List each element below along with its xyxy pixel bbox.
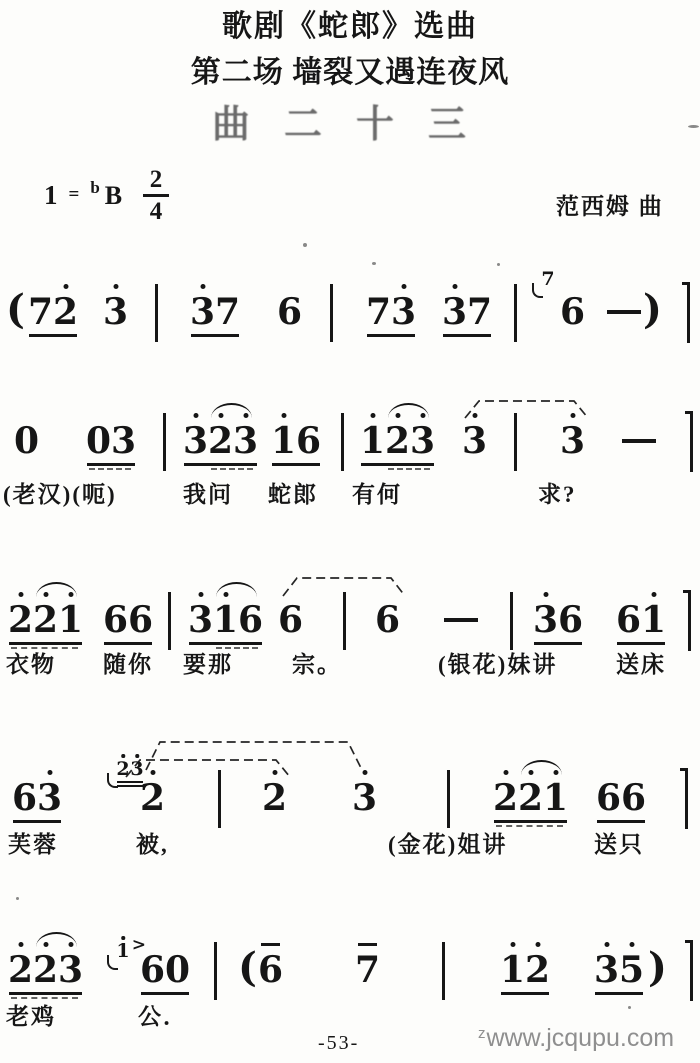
note-cell: 6 bbox=[277, 294, 302, 330]
octave-dot bbox=[113, 284, 118, 289]
note-cell: 2 bbox=[262, 780, 287, 816]
octave-dot bbox=[362, 770, 367, 775]
note-digit: 1 bbox=[500, 952, 525, 988]
note-group: 73 bbox=[366, 294, 416, 330]
note-cell: 6 bbox=[258, 952, 283, 988]
parenthesis: ( bbox=[6, 287, 25, 333]
note-digit: 2 bbox=[208, 423, 233, 459]
note-cell: 7 bbox=[355, 952, 380, 988]
print-speck bbox=[688, 125, 699, 128]
note-cell: 7 bbox=[541, 270, 555, 289]
note-group: 6 bbox=[375, 602, 400, 638]
note-cell: 5 bbox=[619, 952, 644, 988]
note-digit: 6 bbox=[296, 423, 321, 459]
grace-note-group: 7 bbox=[541, 270, 555, 289]
grace-hook bbox=[107, 773, 118, 788]
barline bbox=[218, 770, 221, 828]
note-cell: 3 bbox=[103, 294, 128, 330]
note-digit: 1 bbox=[58, 602, 83, 638]
note-cell: 6 bbox=[296, 423, 321, 459]
digit-row: 66 bbox=[103, 602, 153, 638]
note-group: 16 bbox=[271, 423, 321, 459]
note-digit: 7 bbox=[28, 294, 53, 330]
note-cell: 2 bbox=[518, 780, 543, 816]
note-cell: 0 bbox=[165, 952, 190, 988]
octave-dot bbox=[121, 936, 125, 940]
note-digit: 6 bbox=[238, 602, 263, 638]
note-digit: 7 bbox=[355, 952, 380, 988]
digit-row: 221 bbox=[493, 780, 568, 816]
beam-underline-partial bbox=[496, 825, 563, 827]
note-group: 316 bbox=[188, 602, 263, 638]
note-digit: 0 bbox=[14, 423, 39, 459]
digit-row: 123 bbox=[360, 423, 435, 459]
note-cell: 3 bbox=[560, 423, 585, 459]
beam-underline bbox=[87, 463, 135, 466]
digit-row: 316 bbox=[188, 602, 263, 638]
note-cell: 3 bbox=[391, 294, 416, 330]
note-cell: 2 bbox=[33, 602, 58, 638]
digit-row: 61 bbox=[616, 602, 666, 638]
digit-row: 323 bbox=[183, 423, 258, 459]
note-cell: 6 bbox=[128, 602, 153, 638]
beam-underline bbox=[9, 642, 82, 645]
print-speck bbox=[497, 263, 500, 266]
note-group: 03 bbox=[86, 423, 136, 459]
lyric-word: 老鸡 bbox=[6, 1004, 56, 1030]
note-group: 36 bbox=[533, 602, 583, 638]
note-cell: 1 bbox=[360, 423, 385, 459]
grace-note-group: 1> bbox=[116, 942, 130, 961]
note-cell: 3 bbox=[352, 780, 377, 816]
octave-dot bbox=[370, 413, 375, 418]
slur-arc bbox=[36, 932, 77, 947]
note-group: 2 bbox=[262, 780, 287, 816]
note-group: 60 bbox=[140, 952, 190, 988]
note-digit: 7 bbox=[541, 270, 555, 289]
note-digit: 3 bbox=[188, 602, 213, 638]
note-cell: 1 bbox=[500, 952, 525, 988]
octave-dot bbox=[651, 592, 656, 597]
note-digit: 2 bbox=[525, 952, 550, 988]
note-digit: 7 bbox=[366, 294, 391, 330]
note-group: 66 bbox=[103, 602, 153, 638]
barline bbox=[514, 284, 517, 342]
digit-row: 7 bbox=[541, 270, 555, 289]
note-digit: 1 bbox=[543, 780, 568, 816]
digit-row: 73 bbox=[366, 294, 416, 330]
lyric-word: 衣物 bbox=[6, 652, 56, 678]
barline bbox=[688, 590, 691, 651]
note-digit: 1 bbox=[360, 423, 385, 459]
note-digit: 3 bbox=[233, 423, 258, 459]
watermark: zwww.jcqupu.com bbox=[478, 1024, 674, 1053]
note-cell: 2 bbox=[116, 760, 130, 779]
lyric-word: 蛇郎 bbox=[268, 482, 318, 508]
note-cell: 3 bbox=[462, 423, 487, 459]
tie-arc-layer bbox=[0, 730, 700, 780]
parenthesis: ( bbox=[238, 945, 257, 991]
grace-hook bbox=[107, 955, 118, 970]
note-digit: 1 bbox=[271, 423, 296, 459]
tie-arc-layer bbox=[0, 552, 700, 602]
note-digit: 2 bbox=[140, 780, 165, 816]
note-digit: 3 bbox=[352, 780, 377, 816]
note-cell: 1 bbox=[271, 423, 296, 459]
barline bbox=[330, 284, 333, 342]
barline bbox=[341, 413, 344, 471]
note-digit: 2 bbox=[116, 760, 130, 779]
note-cell: 2 bbox=[140, 780, 165, 816]
octave-dot bbox=[193, 413, 198, 418]
octave-dot bbox=[281, 413, 286, 418]
note-digit: 3 bbox=[37, 780, 62, 816]
parenthesis: ) bbox=[648, 945, 667, 991]
barline bbox=[690, 940, 693, 1001]
octave-dot bbox=[121, 754, 125, 758]
note-cell: 0 bbox=[14, 423, 39, 459]
beam-underline bbox=[597, 820, 645, 823]
notation-area: (723376733776)0033231612333(老汉)(呃)我问蛇郎有何… bbox=[0, 0, 700, 1063]
octave-dot bbox=[543, 592, 548, 597]
note-cell: 6 bbox=[560, 294, 585, 330]
note-cell: 2 bbox=[53, 294, 78, 330]
digit-row: 16 bbox=[271, 423, 321, 459]
note-cell: 6 bbox=[616, 602, 641, 638]
beam-underline bbox=[361, 463, 434, 466]
note-group: 221 bbox=[493, 780, 568, 816]
note-group: 6 bbox=[258, 952, 283, 988]
octave-dot bbox=[535, 942, 540, 947]
beam-underline bbox=[13, 820, 61, 823]
note-group: 3 bbox=[560, 423, 585, 459]
note-digit: 6 bbox=[103, 602, 128, 638]
note-digit: 2 bbox=[518, 780, 543, 816]
barline bbox=[514, 413, 517, 471]
note-digit: 1 bbox=[641, 602, 666, 638]
digit-row: 3 bbox=[462, 423, 487, 459]
lyric-word: (银花)妹讲 bbox=[438, 652, 557, 678]
note-digit: 7 bbox=[467, 294, 492, 330]
note-cell: 0 bbox=[86, 423, 111, 459]
octave-dot bbox=[629, 942, 634, 947]
note-digit: 3 bbox=[442, 294, 467, 330]
lyric-word: 宗。 bbox=[292, 652, 342, 678]
note-cell: 2 bbox=[525, 952, 550, 988]
note-digit: 3 bbox=[560, 423, 585, 459]
digit-row: 37 bbox=[442, 294, 492, 330]
lyric-word: 有何 bbox=[352, 482, 402, 508]
lyric-word: 随你 bbox=[103, 652, 153, 678]
note-cell: 3 bbox=[233, 423, 258, 459]
note-digit: 6 bbox=[278, 602, 303, 638]
note-digit: 6 bbox=[128, 602, 153, 638]
note-cell: 2 bbox=[33, 952, 58, 988]
octave-dot bbox=[472, 413, 477, 418]
note-digit: 3 bbox=[103, 294, 128, 330]
beam-underline bbox=[494, 820, 567, 823]
note-cell: 6 bbox=[278, 602, 303, 638]
lyric-word: 芙蓉 bbox=[8, 832, 58, 858]
duration-dash bbox=[444, 618, 478, 622]
note-digit: 3 bbox=[183, 423, 208, 459]
duration-dash bbox=[622, 439, 656, 443]
barline bbox=[214, 942, 217, 1000]
note-group: 37 bbox=[190, 294, 240, 330]
note-digit: 0 bbox=[165, 952, 190, 988]
note-digit: 7 bbox=[215, 294, 240, 330]
note-group: 221 bbox=[8, 602, 83, 638]
digit-row: 72 bbox=[28, 294, 78, 330]
barline bbox=[163, 413, 166, 471]
note-group: 6 bbox=[277, 294, 302, 330]
note-cell: 7 bbox=[467, 294, 492, 330]
barline bbox=[447, 770, 450, 828]
note-digit: 3 bbox=[533, 602, 558, 638]
tie-arc-layer bbox=[0, 373, 700, 423]
tie-arc bbox=[146, 742, 362, 770]
note-cell: 3 bbox=[183, 423, 208, 459]
beam-underline bbox=[184, 463, 257, 466]
note-digit: 5 bbox=[619, 952, 644, 988]
lyric-word: 送只 bbox=[594, 832, 644, 858]
digit-row: 6 bbox=[560, 294, 585, 330]
barline bbox=[442, 942, 445, 1000]
barline bbox=[687, 282, 690, 343]
note-cell: 3 bbox=[190, 294, 215, 330]
note-cell: 3 bbox=[533, 602, 558, 638]
note-cell: 1 bbox=[58, 602, 83, 638]
octave-overline bbox=[358, 943, 377, 946]
digit-row: 1 bbox=[116, 942, 130, 961]
note-cell: 1 bbox=[116, 942, 130, 961]
beam-underline-partial bbox=[11, 997, 78, 999]
beam-underline-partial bbox=[388, 468, 430, 470]
note-cell: 2 bbox=[8, 602, 33, 638]
digit-row: 3 bbox=[103, 294, 128, 330]
note-digit: 3 bbox=[58, 952, 83, 988]
beam-underline-partial bbox=[211, 468, 253, 470]
note-digit: 6 bbox=[140, 952, 165, 988]
note-group: 2 bbox=[140, 780, 165, 816]
octave-dot bbox=[510, 942, 515, 947]
barline bbox=[343, 592, 346, 650]
digit-row: 223 bbox=[8, 952, 83, 988]
note-cell: 3 bbox=[111, 423, 136, 459]
note-cell: 6 bbox=[596, 780, 621, 816]
note-cell: 6 bbox=[238, 602, 263, 638]
note-digit: 6 bbox=[12, 780, 37, 816]
octave-overline bbox=[261, 943, 280, 946]
note-digit: 2 bbox=[8, 602, 33, 638]
note-cell: 6 bbox=[558, 602, 583, 638]
octave-dot bbox=[18, 942, 23, 947]
note-digit: 2 bbox=[385, 423, 410, 459]
beam-underline bbox=[191, 334, 239, 337]
note-digit: 2 bbox=[262, 780, 287, 816]
beam-underline bbox=[367, 334, 415, 337]
note-digit: 6 bbox=[616, 602, 641, 638]
note-group: 63 bbox=[12, 780, 62, 816]
octave-dot bbox=[198, 592, 203, 597]
digit-row: 6 bbox=[258, 952, 283, 988]
note-digit: 3 bbox=[391, 294, 416, 330]
note-cell: 6 bbox=[621, 780, 646, 816]
digit-row: 63 bbox=[12, 780, 62, 816]
print-speck bbox=[303, 243, 307, 247]
beam-underline-partial bbox=[11, 647, 78, 649]
beam-underline-partial bbox=[89, 468, 131, 470]
barline bbox=[510, 592, 513, 650]
barline bbox=[690, 411, 693, 472]
note-cell: 2 bbox=[8, 952, 33, 988]
note-group: 3 bbox=[352, 780, 377, 816]
note-group: 12 bbox=[500, 952, 550, 988]
note-group: 61 bbox=[616, 602, 666, 638]
note-cell: 6 bbox=[12, 780, 37, 816]
beam-underline bbox=[9, 992, 82, 995]
octave-dot bbox=[18, 592, 23, 597]
note-digit: 3 bbox=[594, 952, 619, 988]
note-group: 37 bbox=[442, 294, 492, 330]
octave-dot bbox=[135, 754, 139, 758]
note-cell: 2 bbox=[493, 780, 518, 816]
note-digit: 3 bbox=[111, 423, 136, 459]
note-group: 72 bbox=[28, 294, 78, 330]
octave-dot bbox=[150, 770, 155, 775]
note-digit: 2 bbox=[33, 602, 58, 638]
note-digit: 3 bbox=[462, 423, 487, 459]
lyric-word: 公． bbox=[138, 1004, 188, 1030]
beam-underline bbox=[272, 463, 320, 466]
note-digit: 6 bbox=[375, 602, 400, 638]
digit-row: 2 bbox=[140, 780, 165, 816]
note-cell: 3 bbox=[58, 952, 83, 988]
note-digit: 2 bbox=[8, 952, 33, 988]
beam-underline bbox=[617, 642, 665, 645]
barline bbox=[155, 284, 158, 342]
digit-row: 66 bbox=[596, 780, 646, 816]
beam-underline bbox=[501, 992, 549, 995]
watermark-url: www.jcqupu.com bbox=[487, 1024, 675, 1052]
note-cell: 2 bbox=[208, 423, 233, 459]
note-group: 6 bbox=[278, 602, 303, 638]
note-cell: 3 bbox=[410, 423, 435, 459]
note-digit: 6 bbox=[621, 780, 646, 816]
digit-row: 7 bbox=[355, 952, 380, 988]
score-page: { "page": { "title": "歌剧《蛇郎》选曲", "subtit… bbox=[0, 0, 700, 1063]
note-cell: 1 bbox=[543, 780, 568, 816]
digit-row: 03 bbox=[86, 423, 136, 459]
note-digit: 6 bbox=[277, 294, 302, 330]
octave-dot bbox=[47, 770, 52, 775]
note-digit: 3 bbox=[190, 294, 215, 330]
lyric-word: 求? bbox=[538, 482, 577, 508]
note-digit: 3 bbox=[410, 423, 435, 459]
note-cell: 6 bbox=[140, 952, 165, 988]
note-cell: 1 bbox=[641, 602, 666, 638]
note-digit: 2 bbox=[53, 294, 78, 330]
octave-dot bbox=[200, 284, 205, 289]
note-cell: 3 bbox=[188, 602, 213, 638]
note-cell: 1 bbox=[213, 602, 238, 638]
lyric-word: 被, bbox=[136, 832, 169, 858]
beam-underline bbox=[189, 642, 262, 645]
octave-dot bbox=[401, 284, 406, 289]
digit-row: 35 bbox=[594, 952, 644, 988]
lyric-word: 送床 bbox=[616, 652, 666, 678]
octave-dot bbox=[604, 942, 609, 947]
note-group: 6 bbox=[560, 294, 585, 330]
note-group: 223 bbox=[8, 952, 83, 988]
note-digit: 2 bbox=[33, 952, 58, 988]
octave-dot bbox=[570, 413, 575, 418]
note-cell: 3 bbox=[442, 294, 467, 330]
print-speck bbox=[628, 1006, 631, 1009]
octave-dot bbox=[272, 770, 277, 775]
digit-row: 3 bbox=[560, 423, 585, 459]
note-digit: 6 bbox=[560, 294, 585, 330]
note-digit: 6 bbox=[596, 780, 621, 816]
note-digit: 1 bbox=[213, 602, 238, 638]
note-digit: 0 bbox=[86, 423, 111, 459]
note-cell: 7 bbox=[366, 294, 391, 330]
note-digit: 6 bbox=[258, 952, 283, 988]
digit-row: 12 bbox=[500, 952, 550, 988]
duration-dash bbox=[607, 310, 641, 314]
barline bbox=[168, 592, 171, 650]
note-cell: 6 bbox=[103, 602, 128, 638]
grace-hook bbox=[532, 283, 543, 298]
note-group: 3 bbox=[462, 423, 487, 459]
octave-dot bbox=[63, 284, 68, 289]
note-group: 35 bbox=[594, 952, 644, 988]
beam-underline bbox=[443, 334, 491, 337]
beam-underline bbox=[595, 992, 643, 995]
digit-row: 6 bbox=[277, 294, 302, 330]
note-group: 0 bbox=[14, 423, 39, 459]
digit-row: 6 bbox=[278, 602, 303, 638]
digit-row: 2 bbox=[262, 780, 287, 816]
octave-dot bbox=[452, 284, 457, 289]
lyric-word: 要那 bbox=[183, 652, 233, 678]
note-group: 123 bbox=[360, 423, 435, 459]
digit-row: 3 bbox=[352, 780, 377, 816]
page-number: -53- bbox=[318, 1032, 359, 1055]
note-cell: 6 bbox=[375, 602, 400, 638]
lyric-word: (老汉)(呃) bbox=[3, 482, 117, 508]
note-cell: 3 bbox=[37, 780, 62, 816]
beam-underline bbox=[141, 992, 189, 995]
digit-row: 36 bbox=[533, 602, 583, 638]
digit-row: 221 bbox=[8, 602, 83, 638]
parenthesis: ) bbox=[643, 287, 662, 333]
digit-row: 0 bbox=[14, 423, 39, 459]
note-digit: 1 bbox=[116, 942, 130, 961]
beam-underline bbox=[104, 642, 152, 645]
note-digit: 6 bbox=[558, 602, 583, 638]
beam-underline-partial bbox=[216, 647, 258, 649]
beam-underline bbox=[29, 334, 77, 337]
barline bbox=[685, 768, 688, 829]
note-group: 3 bbox=[103, 294, 128, 330]
octave-dot bbox=[503, 770, 508, 775]
lyric-word: 我问 bbox=[183, 482, 233, 508]
digit-row: 60 bbox=[140, 952, 190, 988]
note-cell: 2 bbox=[385, 423, 410, 459]
note-cell: 7 bbox=[28, 294, 53, 330]
print-speck bbox=[16, 897, 19, 900]
